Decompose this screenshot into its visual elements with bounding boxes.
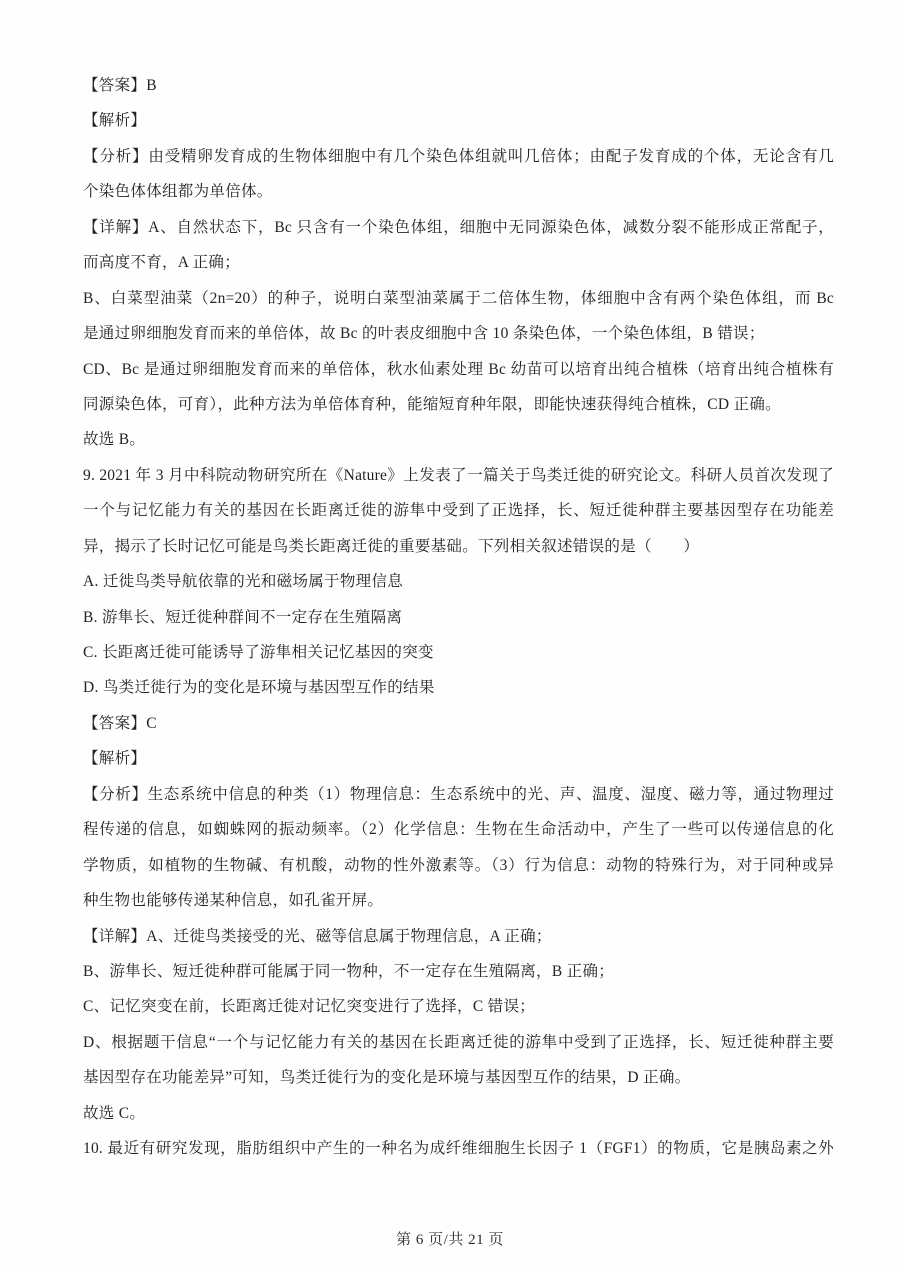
q9-detail-line-d: D、根据题干信息“一个与记忆能力有关的基因在长距离迁徙的游隼中受到了正选择，长、… bbox=[83, 1025, 834, 1060]
document-body: 【答案】B【解析】【分析】由受精卵发育成的生物体细胞中有几个染色体组就叫几倍体；… bbox=[83, 68, 834, 1167]
page-number-footer: 第 6 页/共 21 页 bbox=[0, 1228, 900, 1249]
q9-stem-line: 一个与记忆能力有关的基因在长距离迁徙的游隼中受到了正选择，长、短迁徙种群主要基因… bbox=[83, 493, 834, 528]
q9-detail-line-d: 基因型存在功能差异”可知，鸟类迁徙行为的变化是环境与基因型互作的结果，D 正确。 bbox=[83, 1060, 834, 1095]
q8-analysis-line: 【分析】由受精卵发育成的生物体细胞中有几个染色体组就叫几倍体；由配子发育成的个体… bbox=[83, 139, 834, 174]
q10-stem-line: 10. 最近有研究发现，脂肪组织中产生的一种名为成纤维细胞生长因子 1（FGF1… bbox=[83, 1131, 834, 1166]
q9-stem-line: 异，揭示了长时记忆可能是鸟类长距离迁徙的重要基础。下列相关叙述错误的是（ ） bbox=[83, 529, 834, 564]
q8-analysis-line: 个染色体体组都为单倍体。 bbox=[83, 174, 834, 209]
q9-detail-line-b: B、游隼长、短迁徙种群可能属于同一物种，不一定存在生殖隔离，B 正确； bbox=[83, 954, 834, 989]
q8-answer: 【答案】B bbox=[83, 68, 834, 103]
q9-option-d: D. 鸟类迁徙行为的变化是环境与基因型互作的结果 bbox=[83, 670, 834, 705]
q9-option-b: B. 游隼长、短迁徙种群间不一定存在生殖隔离 bbox=[83, 600, 834, 635]
q8-detail-line: 【详解】A、自然状态下，Bc 只含有一个染色体组，细胞中无同源染色体，减数分裂不… bbox=[83, 210, 834, 245]
q9-analysis-line: 种生物也能够传递某种信息，如孔雀开屏。 bbox=[83, 883, 834, 918]
q9-analysis-line: 【分析】生态系统中信息的种类（1）物理信息：生态系统中的光、声、温度、湿度、磁力… bbox=[83, 777, 834, 812]
q9-stem-line: 9. 2021 年 3 月中科院动物研究所在《Nature》上发表了一篇关于鸟类… bbox=[83, 458, 834, 493]
q8-detail-line: B、白菜型油菜（2n=20）的种子，说明白菜型油菜属于二倍体生物，体细胞中含有两… bbox=[83, 281, 834, 316]
q8-analysis-header: 【解析】 bbox=[83, 103, 834, 138]
q9-option-c: C. 长距离迁徙可能诱导了游隼相关记忆基因的突变 bbox=[83, 635, 834, 670]
q8-conclusion: 故选 B。 bbox=[83, 422, 834, 457]
q9-analysis-line: 程传递的信息，如蜘蛛网的振动频率。（2）化学信息：生物在生命活动中，产生了一些可… bbox=[83, 812, 834, 847]
q9-conclusion: 故选 C。 bbox=[83, 1096, 834, 1131]
document-page: 【答案】B【解析】【分析】由受精卵发育成的生物体细胞中有几个染色体组就叫几倍体；… bbox=[0, 0, 900, 1273]
q9-analysis-line: 学物质，如植物的生物碱、有机酸，动物的性外激素等。（3）行为信息：动物的特殊行为… bbox=[83, 848, 834, 883]
q8-detail-line: 同源染色体，可育），此种方法为单倍体育种，能缩短育种年限，即能快速获得纯合植株，… bbox=[83, 387, 834, 422]
q9-answer: 【答案】C bbox=[83, 706, 834, 741]
q8-detail-line: 是通过卵细胞发育而来的单倍体，故 Bc 的叶表皮细胞中含 10 条染色体，一个染… bbox=[83, 316, 834, 351]
q9-option-a: A. 迁徙鸟类导航依靠的光和磁场属于物理信息 bbox=[83, 564, 834, 599]
q9-detail-line-a: 【详解】A、迁徙鸟类接受的光、磁等信息属于物理信息，A 正确； bbox=[83, 919, 834, 954]
q8-detail-line: 而高度不育，A 正确； bbox=[83, 245, 834, 280]
q9-detail-line-c: C、记忆突变在前，长距离迁徙对记忆突变进行了选择，C 错误； bbox=[83, 989, 834, 1024]
q9-analysis-header: 【解析】 bbox=[83, 741, 834, 776]
q8-detail-line: CD、Bc 是通过卵细胞发育而来的单倍体，秋水仙素处理 Bc 幼苗可以培育出纯合… bbox=[83, 352, 834, 387]
